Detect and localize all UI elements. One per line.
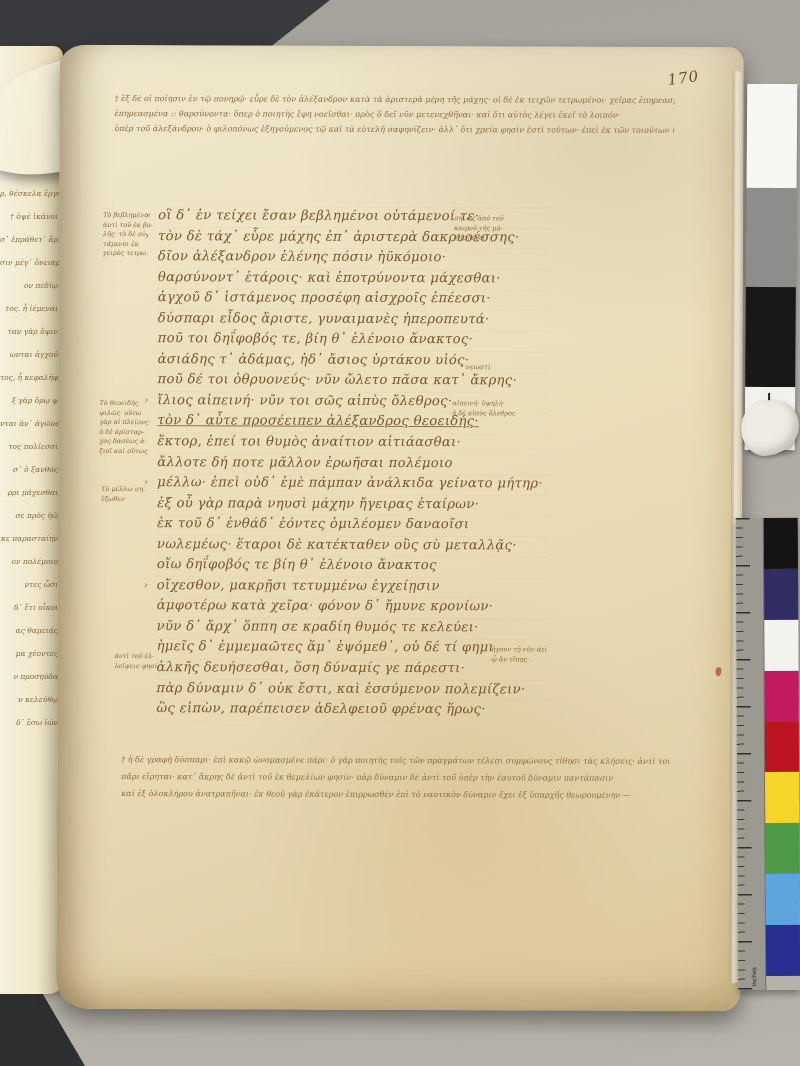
facing-page-line-fragment: ξ γὰρ ὅρῳ ψ xyxy=(0,389,63,412)
verse-line: ἡμεῖς δ᾽ ἐμμεμαῶτες ἅμ᾽ ἑψόμεθ᾽, οὐ δέ τ… xyxy=(157,638,549,660)
bottom-scholia-block: † ἡ δὲ γραφὴ δύσπαρι· ἐπὶ κακῷ ὠνομασμέν… xyxy=(121,751,669,804)
facing-page-line-fragment: ρ, θέσκελα ἔργα xyxy=(0,182,63,205)
facing-page-line-fragment: κε παρασταίην xyxy=(0,527,63,550)
margin-note-line: ψιλῶς· οὕτω xyxy=(99,408,153,418)
manuscript-page: † ἓξ δὲ οἱ ποίησιν ἐν τῷ πονηρῷ· εὗρε δὲ… xyxy=(56,45,743,1011)
verse-text: πὰρ δύναμιν δ᾽ οὐκ ἔστι, καὶ ἐσσύμενον π… xyxy=(156,681,525,697)
top-scholia-block: † ἓξ δὲ οἱ ποίησιν ἐν τῷ πονηρῷ· εὗρε δὲ… xyxy=(114,91,674,138)
verse-line: ποῦ δέ τοι ὀθρυονεύς· νῦν ὤλετο πᾶσα κατ… xyxy=(157,371,549,393)
facing-page-line-fragment: ρρι μάχεσθαι xyxy=(0,481,63,504)
verse-text: δύσπαρι εἶδος ἄριστε, γυναιμανὲς ἠπεροπε… xyxy=(158,311,490,327)
margin-note-line: ἀντὶ τοῦ ἐκ βο- xyxy=(103,220,153,230)
margin-note-line: Τὸ μέλλω ση. xyxy=(101,485,153,495)
verse-line: ἐκ τοῦ δ᾽ ἐνθάδ᾽ ἐόντες ὁμιλέομεν δαναοῖ… xyxy=(157,514,549,536)
color-patch xyxy=(765,721,799,772)
facing-page-line-fragment: μα χέοντες xyxy=(0,642,63,665)
verse-text: θαρσύνοντ᾽ ἑτάροις· καὶ ἐποτρύνοντα μάχε… xyxy=(158,270,501,286)
facing-page-line-fragment: ον πολέμοιο xyxy=(0,550,63,573)
right-margin-note: ση. ὡς ἀπὸ τοῦκαιροῦ τῆς μά-χης λέγει xyxy=(454,214,536,243)
facing-page-line-fragment: σ᾽ ὁ ξανθός xyxy=(0,458,63,481)
left-margin-note: Τὸ μέλλω ση.ἕξωθεν xyxy=(101,485,153,504)
facing-page-line-fragment: ταν γὰρ ὄψιν xyxy=(0,320,63,343)
margin-note-line: χος δασέως ἀ- xyxy=(99,437,153,447)
color-patch xyxy=(765,823,799,874)
verse-text: οἴχεσθον, μακρῇσι τετυμμένω ἐγχείῃσιν xyxy=(157,578,440,594)
margin-note-line: Τὸ βεβλημένοι xyxy=(103,211,153,221)
margin-note-line: λείψειν φησί xyxy=(114,662,160,672)
ink-stain xyxy=(715,667,721,676)
verse-line: › οἴχεσθον, μακρῇσι τετυμμένω ἐγχείῃσιν xyxy=(157,576,549,598)
color-patch xyxy=(766,925,800,976)
margin-note-line: ὁ δὲ ἀρίσταρ- xyxy=(99,427,153,437)
grayscale-patch-black xyxy=(745,287,796,387)
facing-page-line-fragment: δ᾽ ἔτι οἶκοι xyxy=(0,596,63,619)
verse-text: ἀγχοῦ δ᾽ ἱστάμενος προσέφη αἰσχροῖς ἐπέε… xyxy=(158,290,491,306)
margin-note-line: χης λέγει xyxy=(454,233,536,243)
verse-text: ὣς εἰπὼν, παρέπεισεν ἀδελφειοῦ φρένας ἥρ… xyxy=(156,701,485,717)
interlinear-gloss: νεωστί xyxy=(466,363,491,371)
color-patch xyxy=(765,772,799,823)
margin-note-line: αἰπεινή· ὑψηλή· xyxy=(452,399,540,409)
folio-number: 170 xyxy=(666,67,700,89)
color-patch xyxy=(764,518,798,569)
facing-page-line-fragment: τος πολίεσσι xyxy=(0,435,63,458)
facing-page-line-fragment: ωνται ἀγχοῦ xyxy=(0,343,63,366)
verse-line: δύσπαρι εἶδος ἄριστε, γυναιμανὲς ἠπεροπε… xyxy=(158,309,550,331)
verse-text: νωλεμέως· ἕταροι δὲ κατέκταθεν οὓς σὺ με… xyxy=(157,537,517,553)
verse-text: ποῦ δέ τοι ὀθρυονεύς· νῦν ὤλετο πᾶσα κατ… xyxy=(157,373,517,389)
facing-page-line-fragment: † ὀψὲ ἱκάνοι xyxy=(0,205,63,228)
color-patch xyxy=(764,569,798,620)
facing-page-line-fragment: τος, ἦ κεφαλῆφι xyxy=(0,366,63,389)
verse-line: ἀσιάδης τ᾽ ἀδάμας, ἠδ᾽ ἄσιος ὑρτάκου υἱό… xyxy=(158,350,550,372)
left-margin-note: Τὸ θεοειδὴςψιλῶς· οὕτωγὰρ αἱ πλείους·ὁ δ… xyxy=(99,399,153,456)
verse-line: ὣς εἰπὼν, παρέπεισεν ἀδελφειοῦ φρένας ἥρ… xyxy=(156,699,548,721)
verse-line: ἐξ οὗ γὰρ παρὰ νηυσὶ μάχην ἤγειρας ἑταίρ… xyxy=(157,494,549,516)
margin-note-line: ᾧ ἂν εἴπῃς· xyxy=(492,655,584,665)
verse-text: ἐκ τοῦ δ᾽ ἐνθάδ᾽ ἐόντες ὁμιλέομεν δαναοῖ… xyxy=(157,516,469,532)
facing-page-line-fragment: νται ἀν᾽ ἀγῶνα xyxy=(0,412,63,435)
verse-line: ἀμφοτέρω κατὰ χεῖρα· φόνον δ᾽ ἤμυνε κρον… xyxy=(157,597,549,619)
verse-text: ποῦ τοι δηΐφοβός τε, βίη θ᾽ ἑλένοιο ἄνακ… xyxy=(158,331,473,347)
verse-line: θαρσύνοντ᾽ ἑτάροις· καὶ ἐποτρύνοντα μάχε… xyxy=(158,268,550,290)
verse-text: οἴω δηΐφοβός τε βίη θ᾽ ἑλένοιο ἄνακτος xyxy=(157,557,437,573)
ruler-color-bar: Inches xyxy=(736,518,800,990)
verse-line: ποῦ τοι δηΐφοβός τε, βίη θ᾽ ἑλένοιο ἄνακ… xyxy=(158,329,550,351)
margin-note-line: χειρὸς τετρω. xyxy=(103,249,153,259)
verse-text: δῖον ἀλέξανδρον ἑλένης πόσιν ἠϋκόμοιο· xyxy=(158,249,446,265)
verse-line: δῖον ἀλέξανδρον ἑλένης πόσιν ἠϋκόμοιο· xyxy=(158,247,550,269)
verse-text: ἡμεῖς δ᾽ ἐμμεμαῶτες ἅμ᾽ ἑψόμεθ᾽, οὐ δέ τ… xyxy=(157,640,494,656)
margin-note-line: ξιοῖ καὶ οὕτως xyxy=(99,446,153,456)
verse-line: ἄλλοτε δή ποτε μᾶλλον ἐρωῆσαι πολέμοιο xyxy=(157,453,549,475)
verse-line: οἴω δηΐφοβός τε βίη θ᾽ ἑλένοιο ἄνακτος xyxy=(157,555,549,577)
facing-page-line-fragment: ν κελεύθῳ xyxy=(0,688,63,711)
margin-note-line: ἤγουν τῇ νῦν ἀεὶ xyxy=(492,645,584,655)
margin-note-line: καιροῦ τῆς μά- xyxy=(454,224,536,234)
verse-line: ἀγχοῦ δ᾽ ἱστάμενος προσέφη αἰσχροῖς ἐπέε… xyxy=(158,288,550,310)
right-margin-note: αἰπεινή· ὑψηλή·ὁ δὲ αἰπὺς ὄλεθρος xyxy=(452,399,540,418)
margin-note-line: ση. ὡς ἀπὸ τοῦ xyxy=(454,214,536,224)
margin-note-line: λῆς· τὸ δὲ οὐ- xyxy=(103,230,153,240)
facing-page-line-fragment: σ᾽ ἐπράθετ᾽ ἄρηϊ xyxy=(0,228,63,251)
left-margin-note: ἀντὶ τοῦ ἐλ-λείψειν φησί xyxy=(114,652,160,671)
main-text-block: › οἳ δ᾽ ἐν τείχει ἔσαν βεβλημένοι οὐτάμε… xyxy=(156,206,550,721)
ruler-label: Inches xyxy=(751,967,758,987)
margin-note-line: τάμενοι ἐκ xyxy=(103,239,153,249)
verse-text: οἳ δ᾽ ἐν τείχει ἔσαν βεβλημένοι οὐτάμενο… xyxy=(158,208,479,224)
margin-note-line: ἕξωθεν xyxy=(101,494,153,504)
scholion-line: † ἡ δὲ γραφὴ δύσπαρι· ἐπὶ κακῷ ὠνομασμέν… xyxy=(121,751,669,770)
verse-line: ἀλκῆς δευήσεσθαι, ὅση δύναμίς γε πάρεστι… xyxy=(156,658,548,680)
facing-page-edge: ρ, θέσκελα ἔργα † ὀψὲ ἱκάνοι σ᾽ ἐπράθετ᾽… xyxy=(0,46,63,994)
facing-page-line-fragment: σιν μέγ᾽ ὄνειαρ xyxy=(0,251,63,274)
margin-note-line: ὁ δὲ αἰπὺς ὄλεθρος xyxy=(452,409,540,419)
diple-mark: › xyxy=(144,576,148,597)
ruler: Inches xyxy=(736,518,766,990)
margin-note-line: Τὸ θεοειδὴς xyxy=(99,399,153,409)
grayscale-patch-white xyxy=(747,84,798,188)
verse-line: › μέλλω· ἐπεὶ οὐδ᾽ ἐμὲ πάμπαν ἀνάλκιδα γ… xyxy=(157,473,549,495)
facing-page-line-fragment: δ᾽ ἔσω ἰών xyxy=(0,711,63,734)
facing-page-line-fragment: τος. ἦ ἰέμεναι xyxy=(0,297,63,320)
facing-page-line-fragment: σε πρὸς ἠῶ xyxy=(0,504,63,527)
color-patch xyxy=(765,671,799,722)
verse-text: τὸν δ᾽ αὖτε προσέειπεν ἀλέξανδρος θεοειδ… xyxy=(157,414,479,430)
facing-page-line-fragment: ας θαμειάς xyxy=(0,619,63,642)
verse-line: πὰρ δύναμιν δ᾽ οὐκ ἔστι, καὶ ἐσσύμενον π… xyxy=(156,679,548,701)
margin-note-line: ἀντὶ τοῦ ἐλ- xyxy=(115,652,161,662)
facing-page-line-fragment: ον πεδίῳ xyxy=(0,274,63,297)
verse-text: ἐξ οὗ γὰρ παρὰ νηυσὶ μάχην ἤγειρας ἑταίρ… xyxy=(157,496,479,512)
color-patch xyxy=(764,620,798,671)
scholion-line: ὑπὲρ τοῦ ἀλεξάνδρου· ὁ φιλοπόνως ἐξηγούμ… xyxy=(114,121,674,138)
verse-line: ἕκτορ, ἐπεί τοι θυμὸς ἀναίτιον αἰτιάασθα… xyxy=(157,432,549,454)
verse-text: ἀσιάδης τ᾽ ἀδάμας, ἠδ᾽ ἄσιος ὑρτάκου υἱό… xyxy=(158,352,470,368)
verse-text: μέλλω· ἐπεὶ οὐδ᾽ ἐμὲ πάμπαν ἀνάλκιδα γεί… xyxy=(157,475,543,491)
left-margin-note: Τὸ βεβλημένοιἀντὶ τοῦ ἐκ βο-λῆς· τὸ δὲ ο… xyxy=(103,211,153,259)
facing-page-line-fragment: ν προσηύδα xyxy=(0,665,63,688)
scholion-line: καὶ ἐξ ὁλοκλήρου ἀνατραπῆναι· ἐκ θεοῦ γὰ… xyxy=(121,785,669,804)
verse-text: νῦν δ᾽ ἄρχ᾽ ὅππη σε κραδίη θυμός τε κελε… xyxy=(157,619,479,635)
verse-line: νωλεμέως· ἕταροι δὲ κατέκταθεν οὓς σὺ με… xyxy=(157,535,549,557)
color-patch xyxy=(766,874,800,925)
verse-text: ἀλκῆς δευήσεσθαι, ὅση δύναμίς γε πάρεστι… xyxy=(156,660,465,676)
verse-text: ἄλλοτε δή ποτε μᾶλλον ἐρωῆσαι πολέμοιο xyxy=(157,455,453,471)
verse-text: ἕκτορ, ἐπεί τοι θυμὸς ἀναίτιον αἰτιάασθα… xyxy=(157,434,461,450)
scholion-line: πᾶρι εἴρηται· κατ᾽ ἄκρης δὲ ἀντὶ τοῦ ἐκ … xyxy=(121,768,669,787)
verse-text: ἀμφοτέρω κατὰ χεῖρα· φόνον δ᾽ ἤμυνε κρον… xyxy=(157,599,494,615)
right-margin-note: ἤγουν τῇ νῦν ἀεὶᾧ ἂν εἴπῃς· xyxy=(492,645,584,664)
color-patch-column xyxy=(764,518,800,990)
grayscale-calibration-bar xyxy=(745,84,798,450)
verse-text: ἴλιος αἰπεινή· νῦν τοι σῶς αἰπὺς ὄλεθρος… xyxy=(157,393,452,409)
facing-page-line-fragments: ρ, θέσκελα ἔργα † ὀψὲ ἱκάνοι σ᾽ ἐπράθετ᾽… xyxy=(0,182,63,734)
facing-page-line-fragment: ντες ὦσι xyxy=(0,573,63,596)
verse-line: νῦν δ᾽ ἄρχ᾽ ὅππη σε κραδίη θυμός τε κελε… xyxy=(157,617,549,639)
margin-note-line: γὰρ αἱ πλείους· xyxy=(99,418,153,428)
grayscale-patch-gray xyxy=(746,188,797,287)
